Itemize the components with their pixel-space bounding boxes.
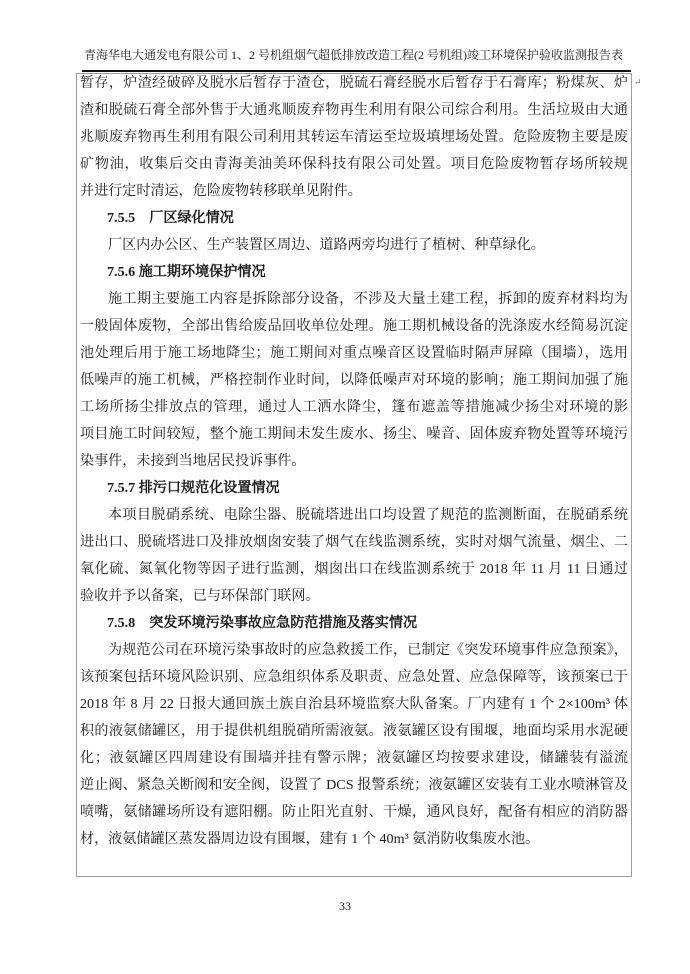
text-line: 逆止阀、紧急关断阀和安全阀，设置了 DCS 报警系统；液氨罐区安装有工业水喷淋管…	[80, 772, 628, 799]
text-line: 氧化硫、氮氧化物等因子进行监测，烟囱出口在线监测系统于 2018 年 11 月 …	[80, 556, 628, 583]
section-7-5-8: 7.5.8 突发环境污染事故应急防范措施及落实情况 为规范公司在环境污染事故时的…	[80, 610, 628, 853]
text-line: 2018 年 8 月 22 日报大通回族土族自治县环境监察大队备案。厂内建有 1…	[80, 691, 628, 718]
paragraph: 厂区内办公区、生产装置区周边、道路两旁均进行了植树、种草绿化。	[80, 232, 628, 259]
text-line: 化；液氨罐区四周建设有围墙并挂有警示牌；液氨罐区均按要求建设，储罐装有溢流阀、	[80, 745, 628, 772]
section-heading: 7.5.5 厂区绿化情况	[80, 205, 628, 232]
text-line: 施工期主要施工内容是拆除部分设备，不涉及大量土建工程，拆卸的废弃材料均为	[80, 286, 628, 313]
text-line: 渣和脱硫石膏全部外售于大通兆顺废弃物再生利用有限公司综合利用。生活垃圾由大通	[80, 97, 628, 124]
text-line: 验收并予以备案，已与环保部门联网。	[80, 583, 628, 610]
text-line: 项目施工时间较短，整个施工期间未发生废水、扬尘、噪音、固体废弃物处置等环境污	[80, 421, 628, 448]
section-7-5-7: 7.5.7 排污口规范化设置情况 本项目脱硝系统、电除尘器、脱硫塔进出口均设置了…	[80, 475, 628, 610]
section-7-5-5: 7.5.5 厂区绿化情况 厂区内办公区、生产装置区周边、道路两旁均进行了植树、种…	[80, 205, 628, 259]
text-line: 暂存，炉渣经破碎及脱水后暂存于渣仓，脱硫石膏经脱水后暂存于石膏库；粉煤灰、炉	[80, 70, 628, 97]
paragraph-mark-icon: ↵	[634, 77, 642, 87]
document-header-title: 青海华电大通发电有限公司 1、2 号机组烟气超低排放改造工程(2 号机组)竣工环…	[76, 47, 631, 63]
section-heading: 7.5.7 排污口规范化设置情况	[80, 475, 628, 502]
paragraph: 为规范公司在环境污染事故时的应急救援工作，已制定《突发环境事件应急预案》， 该预…	[80, 637, 628, 853]
text-line: 该预案包括环境风险识别、应急组织体系及职责、应急处置、应急保障等，该预案已于	[80, 664, 628, 691]
text-line: 矿物油，收集后交由青海美油美环保科技有限公司处置。项目危险废物暂存场所较规范，	[80, 151, 628, 178]
text-line: 工场所扬尘排放点的管理，通过人工洒水降尘，篷布遮盖等措施减少扬尘对环境的影响。	[80, 394, 628, 421]
paragraph: 施工期主要施工内容是拆除部分设备，不涉及大量土建工程，拆卸的废弃材料均为 一般固…	[80, 286, 628, 475]
paragraph: 暂存，炉渣经破碎及脱水后暂存于渣仓，脱硫石膏经脱水后暂存于石膏库；粉煤灰、炉 渣…	[80, 70, 628, 205]
text-line: 本项目脱硝系统、电除尘器、脱硫塔进出口均设置了规范的监测断面，在脱硝系统	[80, 502, 628, 529]
text-line: 染事件，未接到当地居民投诉事件。	[80, 448, 628, 475]
paragraph: 本项目脱硝系统、电除尘器、脱硫塔进出口均设置了规范的监测断面，在脱硝系统 进出口…	[80, 502, 628, 610]
text-line: 池处理后用于施工场地降尘；施工期间对重点噪音区设置临时隔声屏障（围墙），选用	[80, 340, 628, 367]
section-7-5-6: 7.5.6 施工期环境保护情况 施工期主要施工内容是拆除部分设备，不涉及大量土建…	[80, 259, 628, 475]
text-line: 并进行定时清运，危险废物转移联单见附件。	[80, 178, 628, 205]
section-heading: 7.5.8 突发环境污染事故应急防范措施及落实情况	[80, 610, 628, 637]
text-line: 为规范公司在环境污染事故时的应急救援工作，已制定《突发环境事件应急预案》，	[80, 637, 628, 664]
section-heading: 7.5.6 施工期环境保护情况	[80, 259, 628, 286]
text-line: 积的液氨储罐区，用于提供机组脱硝所需液氨。液氨罐区设有围堰，地面均采用水泥硬	[80, 718, 628, 745]
text-line: 兆顺废弃物再生利用有限公司利用其转运车清运至垃圾填埋场处置。危险废物主要是废	[80, 124, 628, 151]
document-body: 暂存，炉渣经破碎及脱水后暂存于渣仓，脱硫石膏经脱水后暂存于石膏库；粉煤灰、炉 渣…	[80, 70, 628, 853]
section-continuation: 暂存，炉渣经破碎及脱水后暂存于渣仓，脱硫石膏经脱水后暂存于石膏库；粉煤灰、炉 渣…	[80, 70, 628, 205]
text-line: 厂区内办公区、生产装置区周边、道路两旁均进行了植树、种草绿化。	[80, 232, 628, 259]
page-number: 33	[0, 898, 690, 914]
text-line: 喷嘴，氨储罐场所设有遮阳棚。防止阳光直射、干燥，通风良好，配备有相应的消防器	[80, 799, 628, 826]
text-line: 材，液氨储罐区蒸发器周边设有围堰，建有 1 个 40m³ 氨消防收集废水池。	[80, 826, 628, 853]
text-line: 低噪声的施工机械，严格控制作业时间，以降低噪声对环境的影响；施工期间加强了施	[80, 367, 628, 394]
text-line: 一般固体废物，全部出售给废品回收单位处理。施工期机械设备的洗涤废水经简易沉淀	[80, 313, 628, 340]
text-line: 进出口、脱硫塔进口及排放烟囱安装了烟气在线监测系统，实时对烟气流量、烟尘、二	[80, 529, 628, 556]
